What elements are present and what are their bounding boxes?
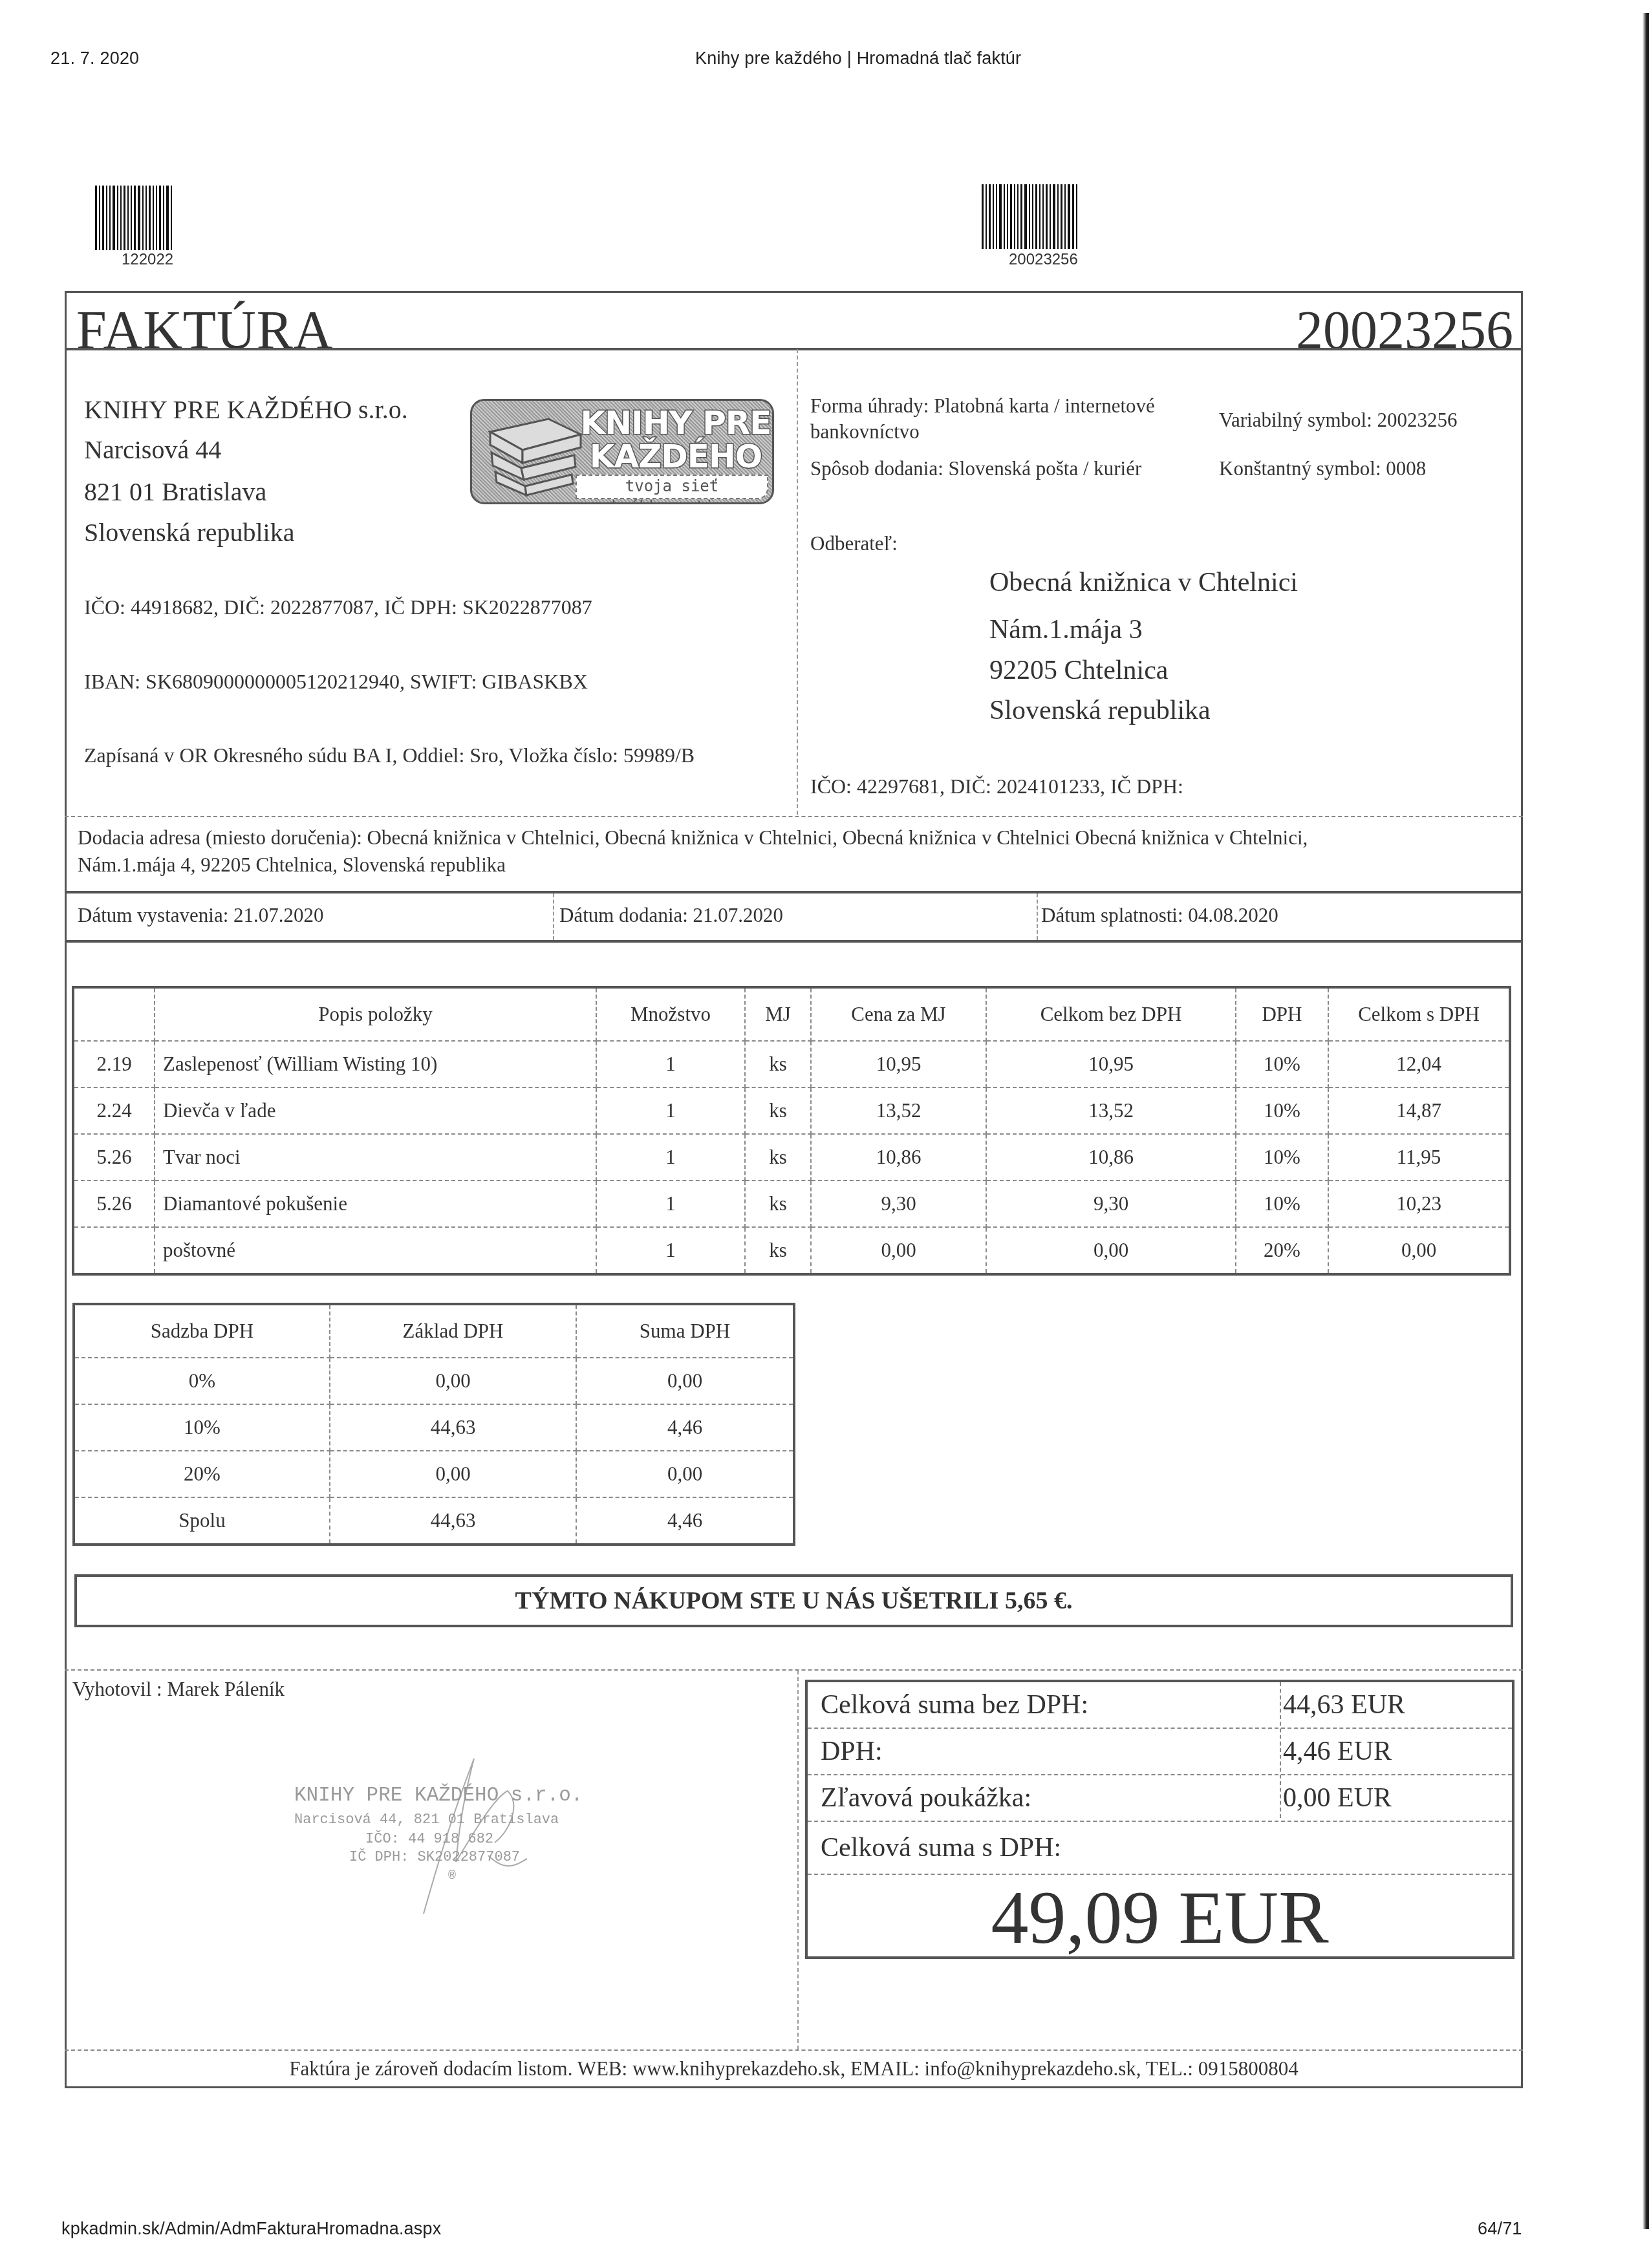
table-cell: ks <box>745 1087 811 1134</box>
table-row: Spolu44,634,46 <box>74 1497 794 1545</box>
table-cell: 4,46 <box>576 1404 794 1451</box>
print-url: kpkadmin.sk/Admin/AdmFakturaHromadna.asp… <box>61 2219 441 2239</box>
print-date: 21. 7. 2020 <box>50 48 139 69</box>
table-cell: 0,00 <box>986 1227 1236 1274</box>
table-header-row: Sadzba DPHZáklad DPHSuma DPH <box>74 1304 794 1358</box>
column-divider <box>1037 893 1038 940</box>
table-cell: 13,52 <box>811 1087 986 1134</box>
table-row: 5.26Tvar noci1ks10,8610,8610%11,95 <box>73 1134 1510 1181</box>
buyer-name: Obecná knižnica v Chtelnici <box>989 567 1298 598</box>
table-cell: 9,30 <box>811 1181 986 1227</box>
divider <box>65 891 1523 893</box>
column-divider <box>797 349 798 815</box>
buyer-label: Odberateľ: <box>810 532 898 555</box>
barcode-customer-number: 122022 <box>122 251 173 269</box>
buyer-street: Nám.1.mája 3 <box>989 614 1143 645</box>
column-header: Základ DPH <box>330 1304 576 1358</box>
seller-country: Slovenská republika <box>84 517 295 548</box>
column-header: Celkom s DPH <box>1328 987 1510 1041</box>
table-cell: 1 <box>596 1227 745 1274</box>
table-cell: Diamantové pokušenie <box>155 1181 596 1227</box>
table-cell: 0,00 <box>811 1227 986 1274</box>
seller-city: 821 01 Bratislava <box>84 476 266 507</box>
barcode-invoice-number: 20023256 <box>1009 251 1078 269</box>
table-cell: 0,00 <box>576 1358 794 1404</box>
delivery-method: Spôsob dodania: Slovenská pošta / kuriér <box>810 457 1141 480</box>
logo-brand: KNIHY PRE KAŽDÉHO <box>579 406 773 473</box>
table-cell: 10,95 <box>811 1041 986 1087</box>
total-gross-row: Celková suma s DPH: <box>808 1822 1512 1875</box>
column-header: DPH <box>1236 987 1328 1041</box>
table-cell: 1 <box>596 1087 745 1134</box>
stamp-line4: IČ DPH: SK2022877087 <box>349 1849 520 1865</box>
divider <box>65 348 1523 350</box>
table-cell: 10% <box>1236 1181 1328 1227</box>
table-row: 0%0,000,00 <box>74 1358 794 1404</box>
seller-name: KNIHY PRE KAŽDÉHO s.r.o. <box>84 394 408 425</box>
table-cell: ks <box>745 1227 811 1274</box>
payment-method-line1: Forma úhrady: Platobná karta / interneto… <box>810 394 1155 418</box>
invoice-title: FAKTÚRA <box>76 299 333 362</box>
stamp-line3: IČO: 44 918 682 <box>365 1831 493 1847</box>
table-cell: 1 <box>596 1134 745 1181</box>
total-vat-value: 4,46 EUR <box>1283 1729 1392 1774</box>
table-row: 2.24Dievča v ľade1ks13,5213,5210%14,87 <box>73 1087 1510 1134</box>
constant-symbol: Konštantný symbol: 0008 <box>1219 457 1426 480</box>
company-logo: KNIHY PRE KAŽDÉHO tvoja sieť kníhkupecti… <box>470 399 774 504</box>
table-cell: ks <box>745 1181 811 1227</box>
table-cell: 44,63 <box>330 1497 576 1545</box>
table-cell: 10% <box>74 1404 330 1451</box>
footer-note: Faktúra je zároveň dodacím listom. WEB: … <box>65 2051 1523 2087</box>
total-net-value: 44,63 EUR <box>1283 1682 1405 1728</box>
table-cell: 1 <box>596 1041 745 1087</box>
table-cell: Dievča v ľade <box>155 1087 596 1134</box>
column-divider <box>797 1671 799 2049</box>
divider <box>65 1669 1523 1671</box>
table-cell: Tvar noci <box>155 1134 596 1181</box>
column-header: Cena za MJ <box>811 987 986 1041</box>
stamp-line2: Narcisová 44, 821 01 Bratislava <box>294 1812 559 1828</box>
table-cell: 9,30 <box>986 1181 1236 1227</box>
savings-banner: TÝMTO NÁKUPOM STE U NÁS UŠETRILI 5,65 €. <box>74 1574 1513 1627</box>
logo-tagline: tvoja sieť kníhkupectiev <box>576 475 768 499</box>
table-cell: 20% <box>74 1451 330 1497</box>
table-cell: 12,04 <box>1328 1041 1510 1087</box>
barcode-customer <box>95 186 174 250</box>
table-cell: 14,87 <box>1328 1087 1510 1134</box>
table-row: 20%0,000,00 <box>74 1451 794 1497</box>
totals-box: Celková suma bez DPH: 44,63 EUR DPH: 4,4… <box>805 1680 1514 1959</box>
table-row: 10%44,634,46 <box>74 1404 794 1451</box>
table-cell: 0,00 <box>330 1451 576 1497</box>
table-cell: 10,86 <box>986 1134 1236 1181</box>
table-cell: 0,00 <box>1328 1227 1510 1274</box>
date-due: Dátum splatnosti: 04.08.2020 <box>1041 904 1278 927</box>
buyer-country: Slovenská republika <box>989 695 1211 726</box>
table-cell: 11,95 <box>1328 1134 1510 1181</box>
stamp-line1: KNIHY PRE KAŽDÉHO s.r.o. <box>294 1784 583 1807</box>
invoice-number: 20023256 <box>1296 299 1513 362</box>
column-divider <box>553 893 554 940</box>
table-cell: 44,63 <box>330 1404 576 1451</box>
delivery-address-line2: Nám.1.mája 4, 92205 Chtelnica, Slovenská… <box>78 853 506 877</box>
table-cell: 2.24 <box>73 1087 155 1134</box>
table-cell: 10% <box>1236 1134 1328 1181</box>
variable-symbol: Variabilný symbol: 20023256 <box>1219 409 1458 432</box>
table-cell: 13,52 <box>986 1087 1236 1134</box>
table-cell: 20% <box>1236 1227 1328 1274</box>
table-cell: ks <box>745 1041 811 1087</box>
issued-by: Vyhotovil : Marek Páleník <box>72 1678 285 1701</box>
column-header: MJ <box>745 987 811 1041</box>
table-cell: 0,00 <box>330 1358 576 1404</box>
payment-method-line2: bankovníctvo <box>810 420 920 444</box>
table-row: 2.19Zaslepenosť (William Wisting 10)1ks1… <box>73 1041 1510 1087</box>
column-header: Sadzba DPH <box>74 1304 330 1358</box>
table-cell: Spolu <box>74 1497 330 1545</box>
items-table: Popis položkyMnožstvoMJCena za MJCelkom … <box>72 986 1511 1276</box>
seller-bank: IBAN: SK6809000000005120212940, SWIFT: G… <box>84 670 588 694</box>
buyer-city: 92205 Chtelnica <box>989 655 1168 686</box>
table-cell: poštovné <box>155 1227 596 1274</box>
seller-street: Narcisová 44 <box>84 434 221 465</box>
table-cell: ks <box>745 1134 811 1181</box>
total-net-row: Celková suma bez DPH: 44,63 EUR <box>808 1682 1512 1729</box>
column-header: Popis položky <box>155 987 596 1041</box>
table-cell: 0% <box>74 1358 330 1404</box>
total-voucher-row: Zľavová poukážka: 0,00 EUR <box>808 1775 1512 1822</box>
table-cell: 10% <box>1236 1041 1328 1087</box>
table-cell: 0,00 <box>576 1451 794 1497</box>
table-cell: 1 <box>596 1181 745 1227</box>
table-cell: 2.19 <box>73 1041 155 1087</box>
date-delivered: Dátum dodania: 21.07.2020 <box>559 904 783 927</box>
date-issued: Dátum vystavenia: 21.07.2020 <box>78 904 324 927</box>
divider <box>65 816 1523 817</box>
total-gross-label: Celková suma s DPH: <box>821 1822 1061 1874</box>
total-net-label: Celková suma bez DPH: <box>821 1682 1088 1728</box>
barcode-invoice <box>982 184 1079 249</box>
print-page-number: 64/71 <box>1478 2219 1522 2239</box>
column-header <box>73 987 155 1041</box>
stamp-emblem: ® <box>448 1868 456 1883</box>
grand-total: 49,09 EUR <box>808 1876 1512 1956</box>
total-voucher-label: Zľavová poukážka: <box>821 1775 1031 1821</box>
table-cell: 10,86 <box>811 1134 986 1181</box>
seller-registry: Zapísaná v OR Okresného súdu BA I, Oddie… <box>84 744 695 767</box>
total-voucher-value: 0,00 EUR <box>1283 1775 1392 1821</box>
print-title: Knihy pre každého | Hromadná tlač faktúr <box>695 48 1021 69</box>
logo-line2: KAŽDÉHO <box>579 440 773 473</box>
table-cell: 10% <box>1236 1087 1328 1134</box>
table-cell: Zaslepenosť (William Wisting 10) <box>155 1041 596 1087</box>
scan-edge-shadow <box>1643 13 1649 2229</box>
table-cell: 4,46 <box>576 1497 794 1545</box>
table-row: 5.26Diamantové pokušenie1ks9,309,3010%10… <box>73 1181 1510 1227</box>
total-vat-row: DPH: 4,46 EUR <box>808 1729 1512 1775</box>
logo-line1: KNIHY PRE <box>579 406 773 440</box>
table-row: poštovné1ks0,000,0020%0,00 <box>73 1227 1510 1274</box>
company-stamp: KNIHY PRE KAŽDÉHO s.r.o. Narcisová 44, 8… <box>294 1746 630 1940</box>
buyer-ids: IČO: 42297681, DIČ: 2024101233, IČ DPH: <box>810 775 1183 798</box>
column-header: Množstvo <box>596 987 745 1041</box>
table-cell: 10,95 <box>986 1041 1236 1087</box>
column-divider <box>1280 1682 1281 1818</box>
table-cell <box>73 1227 155 1274</box>
table-cell: 5.26 <box>73 1181 155 1227</box>
vat-summary-table: Sadzba DPHZáklad DPHSuma DPH0%0,000,0010… <box>72 1303 795 1546</box>
table-cell: 5.26 <box>73 1134 155 1181</box>
delivery-address-line1: Dodacia adresa (miesto doručenia): Obecn… <box>78 826 1308 850</box>
total-vat-label: DPH: <box>821 1729 883 1774</box>
seller-ids: IČO: 44918682, DIČ: 2022877087, IČ DPH: … <box>84 595 592 619</box>
divider <box>65 940 1523 943</box>
column-header: Celkom bez DPH <box>986 987 1236 1041</box>
column-header: Suma DPH <box>576 1304 794 1358</box>
table-cell: 10,23 <box>1328 1181 1510 1227</box>
table-header-row: Popis položkyMnožstvoMJCena za MJCelkom … <box>73 987 1510 1041</box>
